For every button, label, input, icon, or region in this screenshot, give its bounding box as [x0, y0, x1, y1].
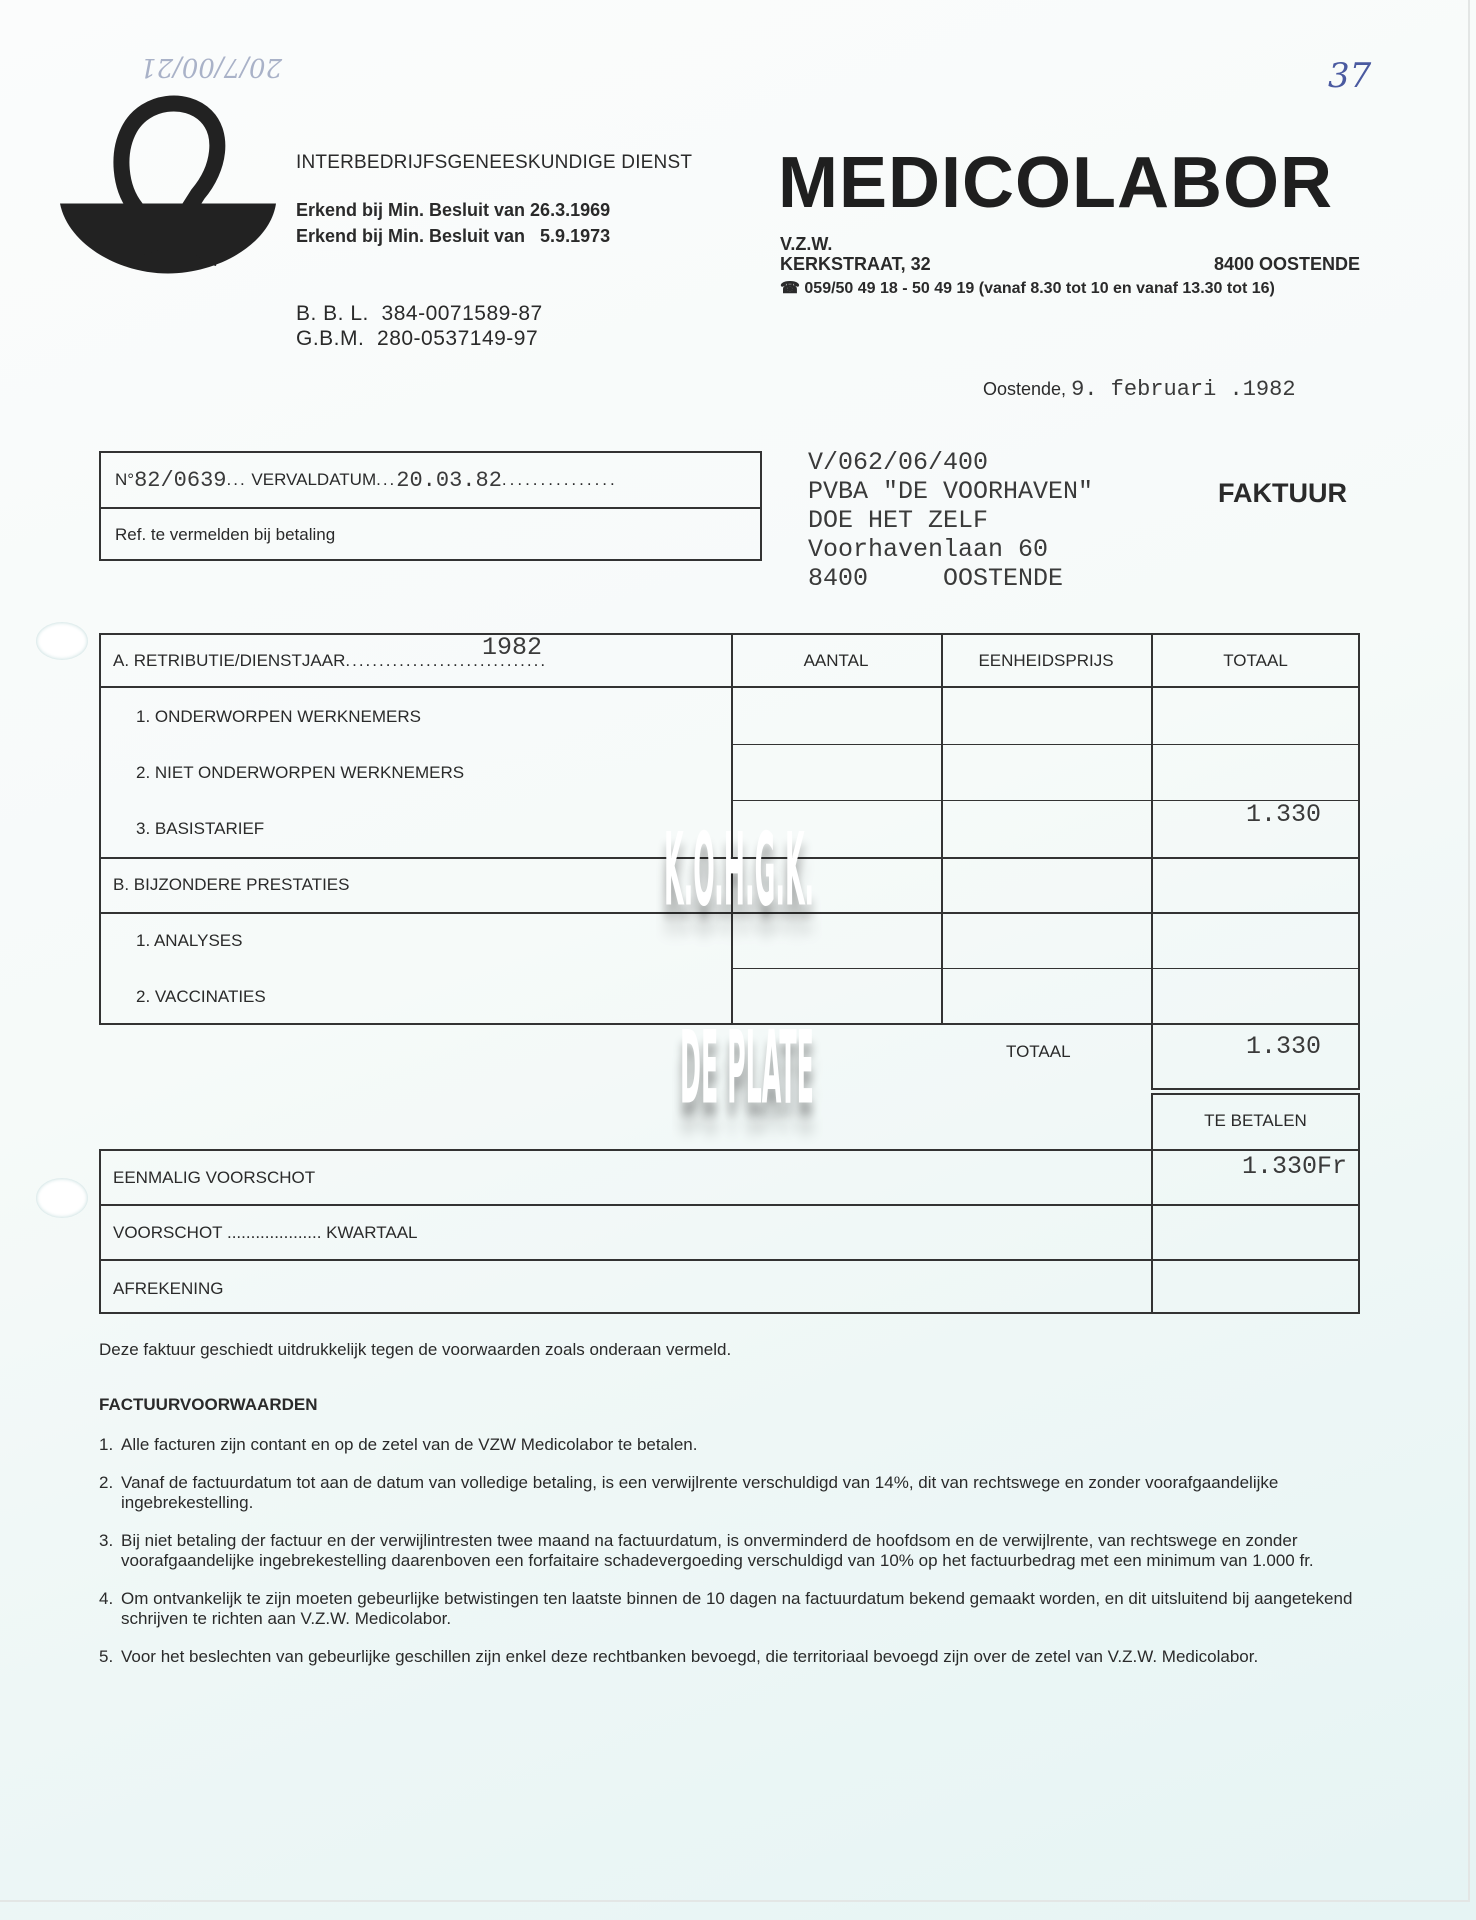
punch-hole: [36, 1178, 88, 1218]
phone-numbers: 059/50 49 18 - 50 49 19 (vanaf 8.30 tot …: [804, 280, 1274, 297]
recipient-line: V/062/06/400: [808, 448, 1093, 477]
table-row-label: 1. ONDERWORPEN WERKNEMERS: [136, 707, 421, 727]
phone-line: ☎ 059/50 49 18 - 50 49 19 (vanaf 8.30 to…: [780, 278, 1275, 298]
terms-note: Deze faktuur geschiedt uitdrukkelijk teg…: [99, 1340, 731, 1360]
recipient-address: V/062/06/400 PVBA "DE VOORHAVEN" DOE HET…: [808, 448, 1093, 593]
column-header-totaal: TOTAAL: [1151, 651, 1360, 671]
account-bbl: B. B. L. 384-0071589-87: [296, 302, 543, 326]
table-row-label: B. BIJZONDERE PRESTATIES: [113, 875, 349, 895]
legal-form: V.Z.W.: [780, 234, 832, 255]
condition-item: 5.Voor het beslechten van gebeurlijke ge…: [99, 1647, 1359, 1667]
watermark-line-2: DE PLATE: [680, 1008, 814, 1127]
account-number: 384-0071589-87: [382, 302, 543, 325]
grand-total: 1.330: [1151, 1032, 1321, 1061]
table-row-label: 3. BASISTARIEF: [136, 819, 264, 839]
handwritten-page-number: 37: [1328, 56, 1371, 96]
document-type: FAKTUUR: [1218, 478, 1347, 509]
condition-item: 2.Vanaf de factuurdatum tot aan de datum…: [99, 1473, 1359, 1513]
conditions-list: 1.Alle facturen zijn contant en op de ze…: [99, 1435, 1359, 1685]
reference-label: Ref. te vermelden bij betaling: [115, 525, 335, 545]
recognition-2: Erkend bij Min. Besluit van 5.9.1973: [296, 226, 610, 247]
telephone-icon: ☎: [780, 280, 800, 297]
city: 8400 OOSTENDE: [1150, 254, 1360, 275]
amount-due-value: 1.330Fr: [1151, 1152, 1347, 1181]
due-date: 20.03.82: [396, 468, 502, 493]
reference-row: Ref. te vermelden bij betaling: [101, 509, 760, 561]
number-prefix: N°: [115, 470, 134, 490]
invoice-date: Oostende, 9. februari .1982: [983, 377, 1296, 402]
brand-name: MEDICOLABOR: [778, 142, 1333, 224]
payment-row-label: EENMALIG VOORSCHOT: [113, 1168, 315, 1188]
payment-row-label: VOORSCHOT .................... KWARTAAL: [113, 1223, 417, 1243]
table-row-label: 2. NIET ONDERWORPEN WERKNEMERS: [136, 763, 464, 783]
condition-item: 4.Om ontvankelijk te zijn moeten gebeurl…: [99, 1589, 1359, 1629]
watermark-line-1: K.O.H.G.K.: [664, 810, 814, 929]
street-address: KERKSTRAAT, 32: [780, 254, 931, 275]
basistarief-total: 1.330: [1151, 800, 1321, 829]
column-header-aantal: AANTAL: [731, 651, 941, 671]
invoice-number: 82/0639: [134, 468, 226, 493]
org-subtitle: INTERBEDRIJFSGENEESKUNDIGE DIENST: [296, 152, 692, 174]
recipient-line: 8400 OOSTENDE: [808, 564, 1093, 593]
amount-due-header: TE BETALEN: [1151, 1111, 1360, 1131]
column-header-eenheidsprijs: EENHEIDSPRIJS: [941, 651, 1151, 671]
punch-hole: [36, 622, 88, 660]
date-value: 9. februari .1982: [1071, 377, 1295, 402]
service-year: 1982: [482, 633, 542, 662]
date-place-label: Oostende,: [983, 379, 1066, 399]
recognition-1: Erkend bij Min. Besluit van 26.3.1969: [296, 200, 610, 221]
account-gbm: G.B.M. 280-0537149-97: [296, 327, 538, 351]
condition-item: 3.Bij niet betaling der factuur en der v…: [99, 1531, 1359, 1571]
recipient-line: DOE HET ZELF: [808, 506, 1093, 535]
table-row-label: 1. ANALYSES: [136, 931, 242, 951]
table-row-label: 2. VACCINATIES: [136, 987, 266, 1007]
condition-item: 1.Alle facturen zijn contant en op de ze…: [99, 1435, 1359, 1455]
invoice-number-row: N° 82/0639 ... VERVALDATUM ... 20.03.82 …: [101, 453, 760, 509]
due-date-label: VERVALDATUM: [251, 470, 376, 490]
payment-row-label: AFREKENING: [113, 1279, 224, 1299]
recipient-line: Voorhavenlaan 60: [808, 535, 1093, 564]
account-number: 280-0537149-97: [377, 327, 538, 350]
account-label: B. B. L.: [296, 302, 369, 325]
conditions-title: FACTUURVOORWAARDEN: [99, 1395, 318, 1415]
total-label: TOTAAL: [1006, 1042, 1071, 1062]
account-label: G.B.M.: [296, 327, 364, 350]
invoice-number-box: N° 82/0639 ... VERVALDATUM ... 20.03.82 …: [99, 451, 762, 561]
bowl-serpent-logo-icon: [58, 68, 288, 278]
recipient-line: PVBA "DE VOORHAVEN": [808, 477, 1093, 506]
